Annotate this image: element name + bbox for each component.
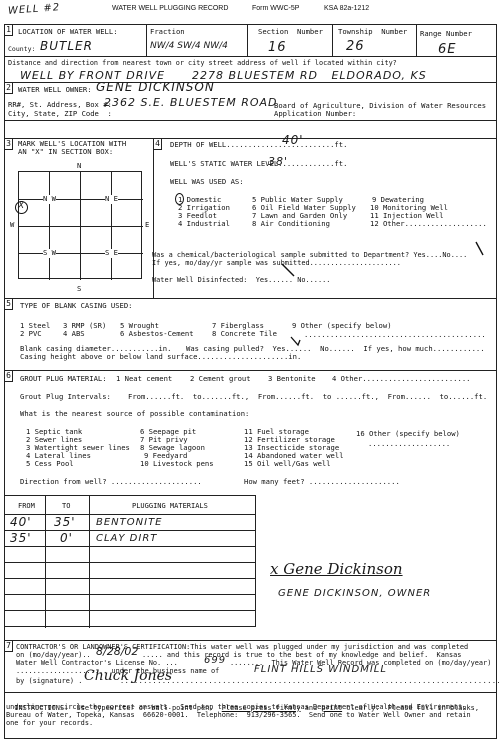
source-other-blank[interactable]: ................... [368, 440, 450, 449]
used-as-label: WELL WAS USED AS: [170, 178, 244, 187]
grout-option-4[interactable]: 4 Other......................... [332, 375, 470, 384]
selected-use-mark [175, 193, 184, 205]
form-title: WATER WELL PLUGGING RECORD [112, 5, 228, 12]
township-number-label: Township Number [338, 28, 407, 37]
fraction-field[interactable]: NW/4 SW/4 NW/4 [150, 41, 228, 51]
contamination-question: What is the nearest source of possible c… [20, 410, 249, 419]
signature-dotted-line: ........................................… [120, 677, 501, 686]
license-number-field[interactable]: 699 [204, 655, 226, 666]
table-row-2-to[interactable]: 0' [60, 531, 73, 545]
quadrant-ne: N E [105, 195, 118, 204]
table-row-2-material[interactable]: CLAY DIRT [96, 533, 157, 544]
checkmark-disinfected-yes [280, 262, 298, 280]
table-header-to: TO [62, 502, 70, 510]
casing-label: TYPE OF BLANK CASING USED: [20, 302, 133, 311]
county-label: County: [8, 45, 35, 54]
owner-label: WATER WELL OWNER: [18, 86, 92, 95]
grout-option-2[interactable]: 2 Cement grout [190, 375, 251, 384]
compass-east: E [145, 221, 149, 230]
township-number-field[interactable]: 26 [346, 39, 365, 54]
quadrant-sw: S W [43, 249, 56, 258]
checkmark-no-sample [474, 240, 486, 258]
owner-signature: x Gene Dickinson [270, 560, 403, 578]
instructions-line-4: one for your records. [6, 719, 93, 728]
certification-line-5: by (signature) . [16, 677, 82, 686]
table-row-1-material[interactable]: BENTONITE [96, 517, 163, 528]
section-5-number: 5 [4, 298, 13, 310]
section-4-number: 4 [153, 138, 162, 150]
checkmark-casing-pulled-yes [290, 336, 304, 350]
well-tag: WELL #2 [8, 2, 61, 17]
form-id: Form WWC-5P [252, 5, 299, 12]
sample-date-question: If yes, mo/day/yr sample was submitted..… [152, 259, 401, 268]
compass-west: W [10, 221, 14, 230]
table-header-materials: PLUGGING MATERIALS [132, 502, 208, 510]
section-box-label-2: AN "X" IN SECTION BOX: [18, 148, 113, 157]
grout-option-3[interactable]: 3 Bentonite [268, 375, 316, 384]
disinfected-question: Water Well Disinfected: Yes...... No....… [152, 276, 330, 285]
depth-label: DEPTH OF WELL.........................ft… [170, 141, 347, 150]
static-level-label: WELL'S STATIC WATER LEVEL.............ft… [170, 160, 347, 169]
section-3-number: 3 [4, 138, 13, 150]
table-row-1-to[interactable]: 35' [54, 515, 76, 529]
section-1-number: 1 [4, 24, 13, 36]
casing-type-4[interactable]: 4 ABS [63, 330, 85, 339]
grout-intervals-label: Grout Plug Intervals: [20, 393, 111, 402]
casing-type-2[interactable]: 2 PVC [20, 330, 42, 339]
use-option-8[interactable]: 8 Air Conditioning [252, 220, 330, 229]
compass-south: S [77, 285, 81, 294]
casing-type-8[interactable]: 8 Concrete Tile [212, 330, 277, 339]
plugging-table: FROM TO PLUGGING MATERIALS 40' 35' BENTO… [4, 495, 256, 627]
use-option-12[interactable]: 12 Other................... [370, 220, 487, 229]
table-row-1-from[interactable]: 40' [10, 515, 32, 529]
section-number-field[interactable]: 16 [268, 40, 287, 55]
address-field[interactable]: 2362 S.E. BLUESTEM ROAD [104, 96, 278, 109]
city-label: City, State, ZIP Code : [8, 110, 112, 119]
source-10[interactable]: 10 Livestock pens [140, 460, 214, 469]
feet-question[interactable]: How many feet? ..................... [244, 478, 400, 487]
casing-height-question: Casing height above or below land surfac… [20, 353, 301, 362]
source-16[interactable]: 16 Other (specify below) [356, 430, 460, 439]
source-5[interactable]: 5 Cess Pool [26, 460, 74, 469]
section-7-number: 7 [4, 640, 13, 652]
table-row-2-from[interactable]: 35' [10, 531, 32, 545]
quadrant-se: S E [105, 249, 118, 258]
application-label: Application Number: [274, 110, 356, 119]
casing-other-blank[interactable]: ........................................… [304, 331, 486, 340]
business-name-field[interactable]: FLINT HILLS WINDMILL [254, 664, 387, 675]
use-option-4[interactable]: 4 Industrial [178, 220, 230, 229]
section-number-label: Section Number [258, 28, 323, 37]
casing-type-6[interactable]: 6 Asbestos-Cement [120, 330, 194, 339]
grout-label: GROUT PLUG MATERIAL: [20, 375, 107, 384]
distance-field[interactable]: WELL BY FRONT DRIVE 2278 BLUESTEM RD ELD… [20, 69, 427, 82]
depth-field[interactable]: 40' [282, 133, 304, 147]
section-2-number: 2 [4, 82, 13, 94]
location-label: LOCATION OF WATER WELL: [18, 28, 118, 37]
static-level-field[interactable]: 38' [268, 155, 288, 168]
contractor-signature: Chuck Jones [84, 668, 172, 684]
section-box-grid[interactable]: N W N E S W S E [18, 171, 142, 279]
well-location-x: X [18, 201, 24, 211]
grout-intervals-fields[interactable]: From......ft. to.......ft., From......ft… [128, 393, 487, 402]
grout-option-1[interactable]: 1 Neat cement [116, 375, 172, 384]
direction-question[interactable]: Direction from well? ...................… [20, 478, 202, 487]
range-number-field[interactable]: 6E [438, 42, 457, 57]
table-header-from: FROM [18, 502, 35, 510]
statute: KSA 82a-1212 [324, 5, 369, 12]
compass-north: N [77, 162, 81, 171]
completed-date-field[interactable]: 8/28/02 [96, 645, 138, 658]
quadrant-nw: N W [43, 195, 56, 204]
county-field[interactable]: BUTLER [40, 39, 93, 53]
source-15[interactable]: 15 Oil well/Gas well [244, 460, 331, 469]
range-number-label: Range Number [420, 30, 472, 39]
owner-field[interactable]: GENE DICKINSON [96, 80, 215, 94]
distance-label: Distance and direction from nearest town… [8, 59, 397, 68]
owner-printed-name: GENE DICKINSON, OWNER [278, 588, 431, 599]
fraction-label: Fraction [150, 28, 185, 37]
section-6-number: 6 [4, 370, 13, 382]
